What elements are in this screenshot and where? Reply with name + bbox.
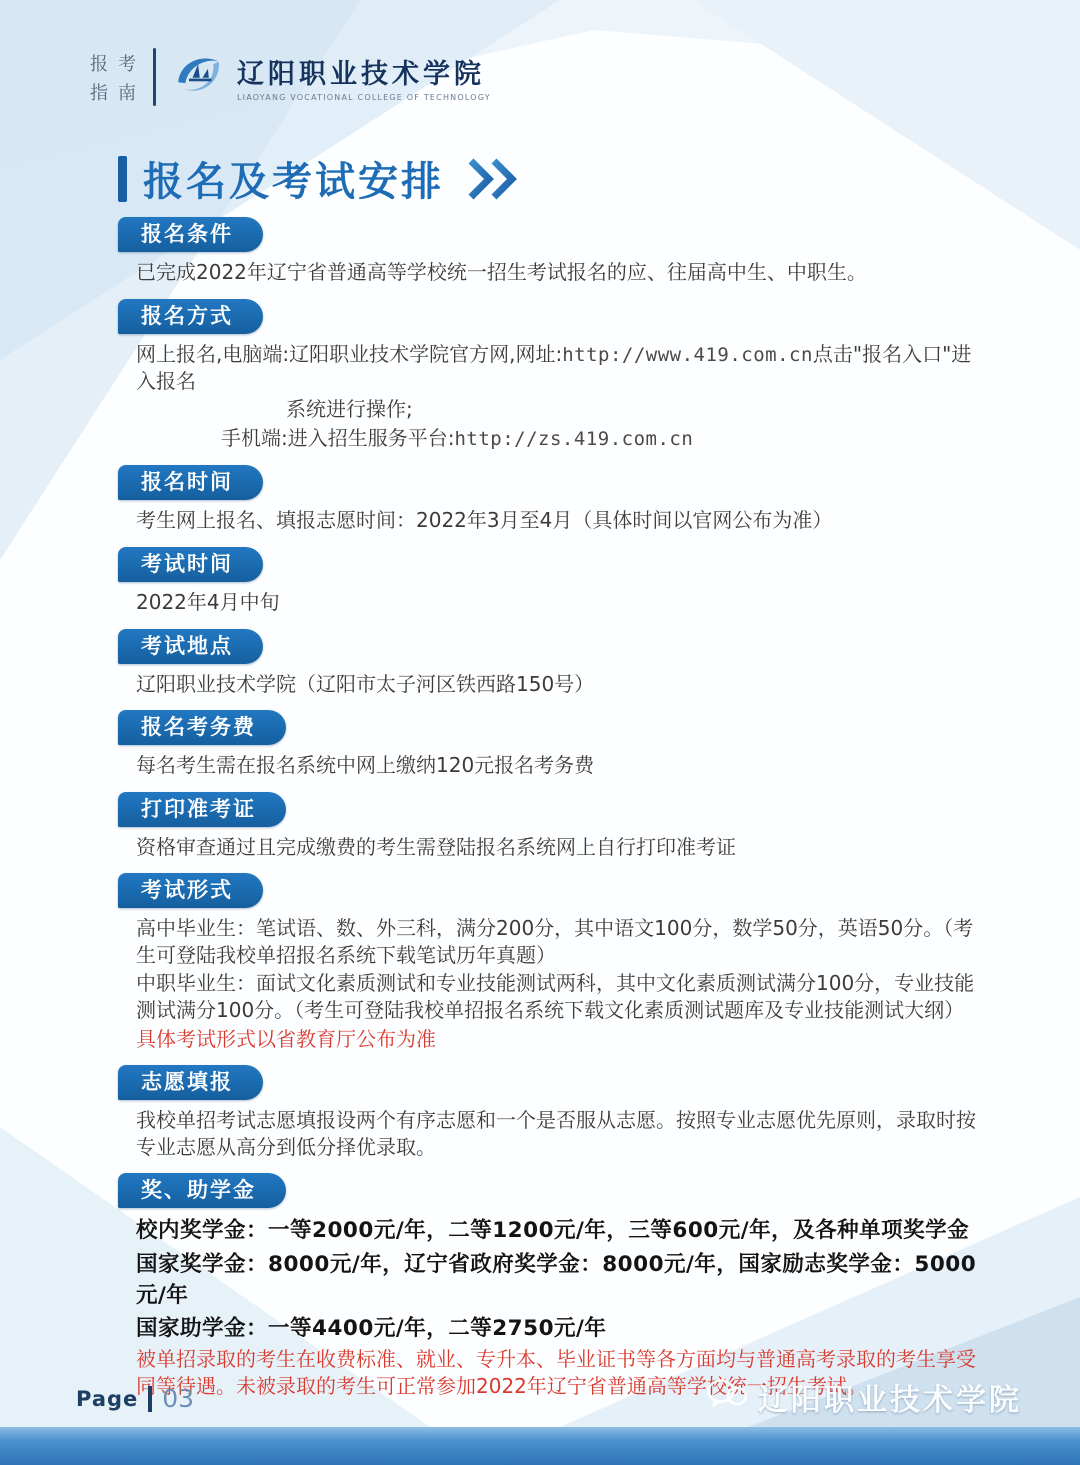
body-text: 网上报名,电脑端:辽阳职业技术学院官方网,网址:http://www.419.c… [136,341,985,395]
school-logo-icon [171,48,225,106]
section-body: 我校单招考试志愿填报设两个有序志愿和一个是否服从志愿。按照专业志愿优先原则，录取… [136,1107,985,1160]
school-name-block: 辽阳职业技术学院 LIAOYANG VOCATIONAL COLLEGE OF … [237,52,491,102]
page-title: 报名及考试安排 [143,150,444,207]
section-header-pill: 报名时间 [118,465,263,500]
page-content: 报 考 指 南 辽阳职业技术学院 LIAOYANG VOCATIONAL COL… [0,48,1080,1463]
section-header-pill: 考试形式 [118,873,263,908]
body-text: 考生网上报名、填报志愿时间：2022年3月至4月（具体时间以官网公布为准） [136,507,985,534]
body-text: 已完成2022年辽宁省普通高等学校统一招生考试报名的应、往届高中生、中职生。 [136,259,985,286]
watermark-school-name: 辽阳职业技术学院 [758,1375,1022,1419]
section-body: 资格审查通过且完成缴费的考生需登陆报名系统网上自行打印准考证 [136,834,985,861]
school-watermark: 辽阳职业技术学院 [706,1375,1022,1419]
school-name-chinese: 辽阳职业技术学院 [237,52,491,91]
section-body: 每名考生需在报名系统中网上缴纳120元报名考务费 [136,752,985,779]
section-header-pill: 报名考务费 [118,710,286,745]
section-body: 辽阳职业技术学院（辽阳市太子河区铁西路150号） [136,671,985,698]
section-body: 网上报名,电脑端:辽阳职业技术学院官方网,网址:http://www.419.c… [136,341,985,453]
section-header-pill: 考试时间 [118,547,263,582]
page-indicator: Page 03 [76,1384,194,1413]
body-text: 资格审查通过且完成缴费的考生需登陆报名系统网上自行打印准考证 [136,834,985,861]
section-exam-location: 考试地点 辽阳职业技术学院（辽阳市太子河区铁西路150号） [118,619,985,698]
double-chevron-right-icon [466,158,520,200]
header-divider [153,48,156,106]
scholarship-line: 校内奖学金：一等2000元/年，二等1200元/年，三等600元/年，及各种单项… [136,1215,985,1246]
section-header-pill: 志愿填报 [118,1065,263,1100]
body-text: 我校单招考试志愿填报设两个有序志愿和一个是否服从志愿。按照专业志愿优先原则，录取… [136,1107,985,1160]
guide-char: 报 [88,50,110,76]
guide-char: 考 [116,50,138,76]
section-exam-format: 考试形式 高中毕业生：笔试语、数、外三科，满分200分，其中语文100分，数学5… [118,863,985,1052]
red-note-text: 具体考试形式以省教育厅公布为准 [136,1026,985,1053]
title-accent-bar [118,156,127,202]
section-header-pill: 报名方式 [118,299,263,334]
pc-registration-url: http://www.419.com.cn [562,344,813,366]
guide-char: 指 [88,79,110,105]
section-header-pill: 考试地点 [118,629,263,664]
school-logo-block: 辽阳职业技术学院 LIAOYANG VOCATIONAL COLLEGE OF … [171,48,491,106]
body-text: 高中毕业生：笔试语、数、外三科，满分200分，其中语文100分，数学50分，英语… [136,915,985,968]
guide-char: 南 [116,79,138,105]
section-header-pill: 报名条件 [118,217,263,252]
section-body: 2022年4月中旬 [136,589,985,616]
section-body: 高中毕业生：笔试语、数、外三科，满分200分，其中语文100分，数学50分，英语… [136,915,985,1052]
section-registration-fee: 报名考务费 每名考生需在报名系统中网上缴纳120元报名考务费 [118,700,985,779]
page-divider [148,1386,152,1412]
page-header: 报 考 指 南 辽阳职业技术学院 LIAOYANG VOCATIONAL COL… [88,48,985,106]
section-body: 校内奖学金：一等2000元/年，二等1200元/年，三等600元/年，及各种单项… [136,1215,985,1399]
body-text: 2022年4月中旬 [136,589,985,616]
body-text-segment: 手机端:进入招生服务平台: [221,426,454,450]
section-header-pill: 打印准考证 [118,792,286,827]
mobile-registration-url: http://zs.419.com.cn [454,428,693,450]
guide-vertical-label: 报 考 指 南 [88,50,138,105]
scholarship-line: 国家助学金：一等4400元/年，二等2750元/年 [136,1313,985,1344]
page-label: Page [76,1387,138,1411]
section-scholarships: 奖、助学金 校内奖学金：一等2000元/年，二等1200元/年，三等600元/年… [118,1163,985,1399]
scholarship-line: 国家奖学金：8000元/年，辽宁省政府奖学金：8000元/年，国家励志奖学金：5… [136,1249,985,1311]
main-title-row: 报名及考试安排 [118,150,985,207]
section-registration-time: 报名时间 考生网上报名、填报志愿时间：2022年3月至4月（具体时间以官网公布为… [118,455,985,534]
section-body: 考生网上报名、填报志愿时间：2022年3月至4月（具体时间以官网公布为准） [136,507,985,534]
bottom-blue-bar [0,1427,1080,1465]
section-exam-time: 考试时间 2022年4月中旬 [118,537,985,616]
body-text: 系统进行操作; [136,396,985,423]
section-header-pill: 奖、助学金 [118,1173,286,1208]
body-text: 辽阳职业技术学院（辽阳市太子河区铁西路150号） [136,671,985,698]
school-name-english: LIAOYANG VOCATIONAL COLLEGE OF TECHNOLOG… [237,93,491,102]
page-number: 03 [162,1384,194,1413]
body-text: 每名考生需在报名系统中网上缴纳120元报名考务费 [136,752,985,779]
body-text: 手机端:进入招生服务平台:http://zs.419.com.cn [136,425,985,452]
section-print-admission-ticket: 打印准考证 资格审查通过且完成缴费的考生需登陆报名系统网上自行打印准考证 [118,782,985,861]
chat-bubbles-icon [706,1378,748,1416]
body-text-segment: 网上报名,电脑端:辽阳职业技术学院官方网,网址: [136,342,562,366]
section-registration-method: 报名方式 网上报名,电脑端:辽阳职业技术学院官方网,网址:http://www.… [118,289,985,453]
section-body: 已完成2022年辽宁省普通高等学校统一招生考试报名的应、往届高中生、中职生。 [136,259,985,286]
body-text: 中职毕业生：面试文化素质测试和专业技能测试两科，其中文化素质测试满分100分，专… [136,970,985,1023]
section-registration-conditions: 报名条件 已完成2022年辽宁省普通高等学校统一招生考试报名的应、往届高中生、中… [118,207,985,286]
section-volunteer-application: 志愿填报 我校单招考试志愿填报设两个有序志愿和一个是否服从志愿。按照专业志愿优先… [118,1055,985,1160]
